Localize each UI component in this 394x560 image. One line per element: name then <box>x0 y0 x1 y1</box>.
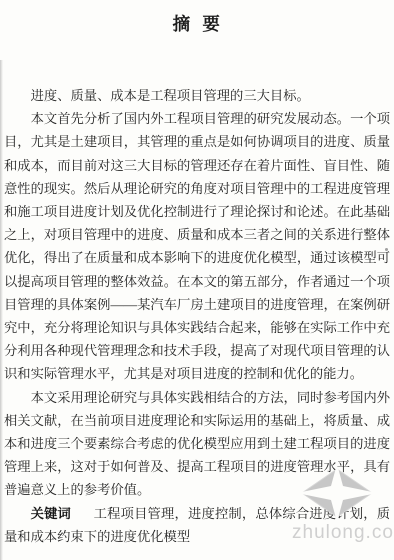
paragraph-goals: 进度、质量、成本是工程项目管理的三大目标。 <box>4 84 390 107</box>
abstract-body: 进度、质量、成本是工程项目管理的三大目标。 本文首先分析了国内外工程项目管理的研… <box>4 84 390 548</box>
scan-edge-artifact <box>0 60 3 560</box>
scan-dot-artifact <box>385 248 388 251</box>
paragraph-method: 本文采用理论研究与具体实践相结合的方法，同时参考国内外相关文献，在当前项目进度理… <box>4 386 390 502</box>
page-title: 摘 要 <box>0 0 394 36</box>
keywords-label: 关键词 <box>31 506 71 521</box>
keywords-line: 关键词工程项目管理，进度控制，总体综合进度计划，质量和成本约束下的进度优化模型 <box>4 502 390 548</box>
paragraph-overview: 本文首先分析了国内外工程项目管理的研究发展动态。一个项目，尤其是土建项目，其管理… <box>4 107 390 385</box>
abstract-page: 摘 要 进度、质量、成本是工程项目管理的三大目标。 本文首先分析了国内外工程项目… <box>0 0 394 560</box>
